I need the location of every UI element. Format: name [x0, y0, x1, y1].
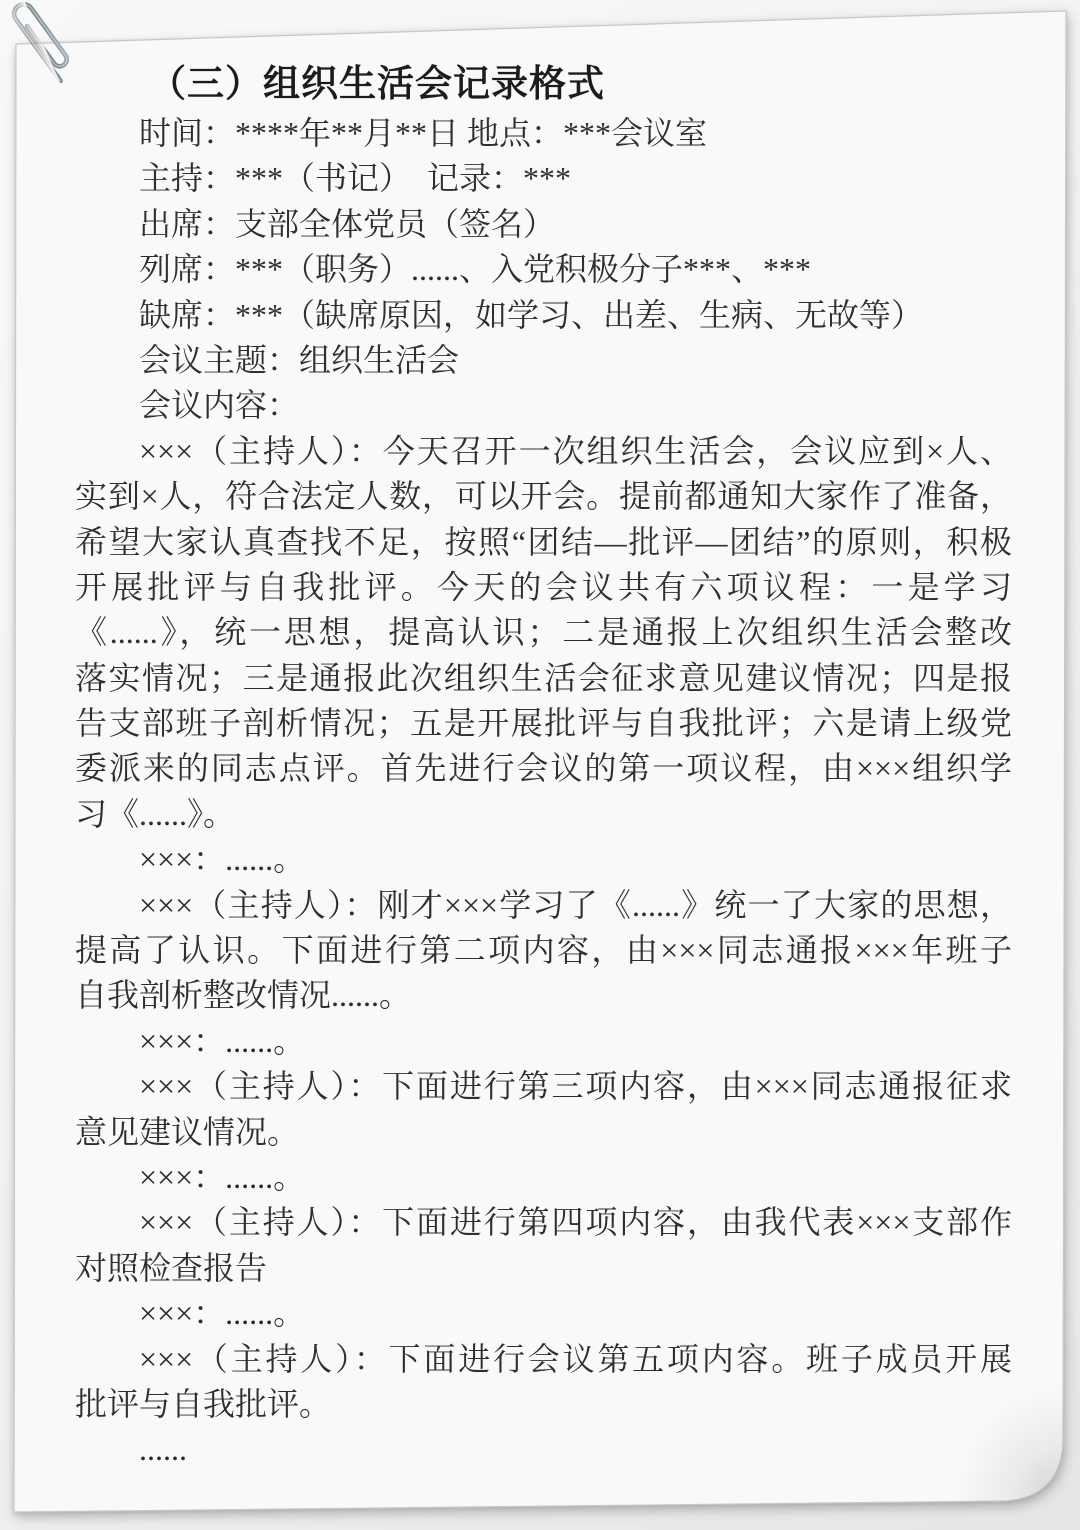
text-line: ×××：......。	[75, 1155, 1012, 1200]
text-line: 出席：支部全体党员（签名）	[75, 202, 1012, 247]
text-line: 对照检查报告	[75, 1246, 1012, 1291]
text-line: ×××：......。	[75, 1291, 1012, 1336]
text-line: 委派来的同志点评。首先进行会议的第一项议程，由×××组织学	[75, 746, 1012, 791]
text-line: 列席：***（职务）......、入党积极分子***、***	[75, 247, 1012, 292]
text-lines: 时间：****年**月**日 地点：***会议室主持：***（书记） 记录：**…	[75, 111, 1012, 1473]
text-line: 实到×人，符合法定人数，可以开会。提前都通知大家作了准备，	[75, 474, 1012, 519]
photographed-document: （三）组织生活会记录格式 时间：****年**月**日 地点：***会议室主持：…	[0, 0, 1080, 1530]
text-line: 会议主题：组织生活会	[75, 338, 1012, 383]
page-title: （三）组织生活会记录格式	[75, 57, 1012, 111]
text-line: 主持：***（书记） 记录：***	[75, 156, 1012, 201]
text-line: 会议内容：	[75, 383, 1012, 428]
text-line: 落实情况；三是通报此次组织生活会征求意见建议情况；四是报	[75, 656, 1012, 701]
text-line: ×××：......。	[75, 1019, 1012, 1064]
text-line: 批评与自我批评。	[75, 1382, 1012, 1427]
text-line: ×××（主持人）：下面进行会议第五项内容。班子成员开展	[75, 1337, 1012, 1382]
text-line: 开展批评与自我批评。今天的会议共有六项议程：一是学习	[75, 565, 1012, 610]
text-line: 《......》，统一思想，提高认识；二是通报上次组织生活会整改	[75, 610, 1012, 655]
page-content: （三）组织生活会记录格式 时间：****年**月**日 地点：***会议室主持：…	[75, 57, 1012, 1473]
text-line: 意见建议情况。	[75, 1110, 1012, 1155]
text-line: ×××（主持人）：下面进行第三项内容，由×××同志通报征求	[75, 1064, 1012, 1109]
text-line: 习《......》。	[75, 792, 1012, 837]
text-line: ×××（主持人）：刚才×××学习了《......》统一了大家的思想，	[75, 883, 1012, 928]
text-line: 缺席：***（缺席原因，如学习、出差、生病、无故等）	[75, 293, 1012, 338]
text-line: 提高了认识。下面进行第二项内容，由×××同志通报×××年班子	[75, 928, 1012, 973]
text-line: ×××：......。	[75, 837, 1012, 882]
text-line: 自我剖析整改情况......。	[75, 973, 1012, 1018]
text-line: 时间：****年**月**日 地点：***会议室	[75, 111, 1012, 156]
text-line: ......	[75, 1427, 1012, 1472]
text-line: 告支部班子剖析情况；五是开展批评与自我批评；六是请上级党	[75, 701, 1012, 746]
text-line: ×××（主持人）：下面进行第四项内容，由我代表×××支部作	[75, 1200, 1012, 1245]
text-line: 希望大家认真查找不足，按照“团结—批评—团结”的原则，积极	[75, 520, 1012, 565]
text-line: ×××（主持人）：今天召开一次组织生活会，会议应到×人、	[75, 429, 1012, 474]
